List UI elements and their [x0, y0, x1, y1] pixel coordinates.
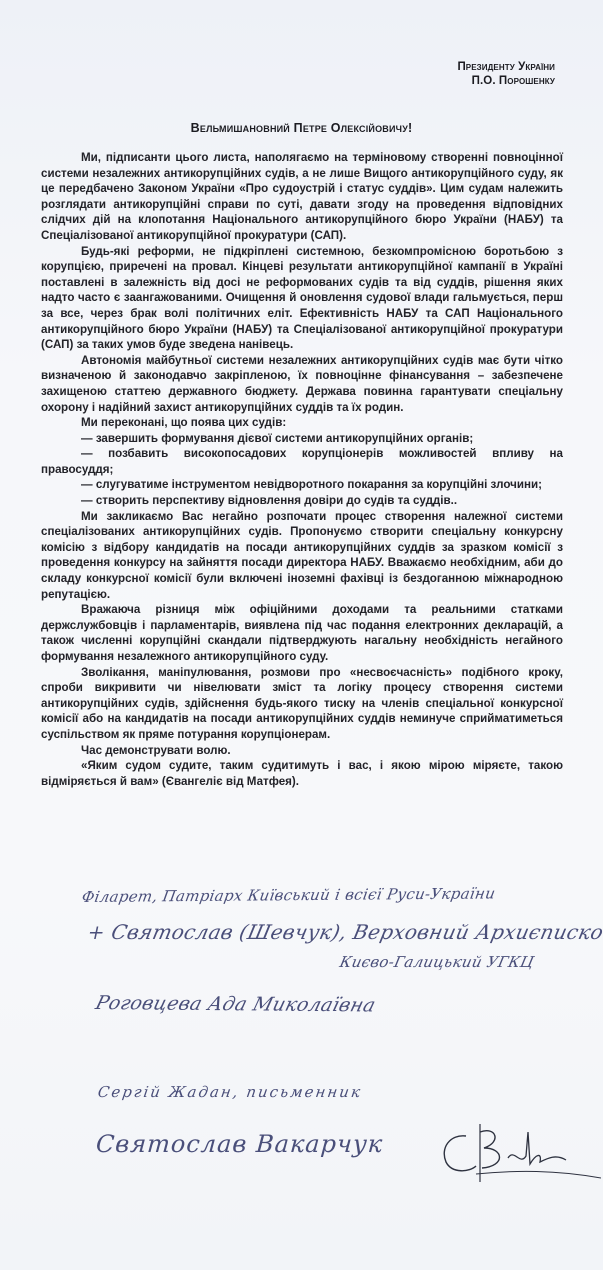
signature-shevchuk-title: Києво-Галицький УГКЦ: [338, 953, 536, 971]
paragraph-reforms: Будь-які реформи, не підкріплені системн…: [41, 244, 563, 353]
list-item: — завершить формування дієвої системи ан…: [41, 431, 563, 447]
letter-body: Ми, підписанти цього листа, наполягаємо …: [41, 150, 563, 789]
addressee-block: Президенту України П.О. Порошенку: [457, 60, 555, 88]
list-item: — позбавить високопосадових корупціонері…: [41, 446, 563, 477]
list-item: — створить перспективу відновлення довір…: [41, 493, 563, 509]
addressee-title: Президенту України: [457, 60, 555, 74]
signature-shevchuk: + Святослав (Шевчук), Верховний Архиєпис…: [85, 920, 603, 944]
signature-filaret: Філарет, Патріарх Київський і всієї Руси…: [80, 884, 496, 906]
paragraph-call: Ми закликаємо Вас негайно розпочати проц…: [41, 509, 563, 603]
signature-rogovtseva: Роговцева Ада Миколаївна: [93, 992, 378, 1016]
list-item: — слугуватиме інструментом невідворотног…: [41, 477, 563, 493]
letter-page: Президенту України П.О. Порошенку Вельми…: [0, 0, 603, 1270]
paragraph-quote: «Яким судом судите, таким судитимуть і в…: [41, 758, 563, 789]
paragraph-autonomy: Автономія майбутньої системи незалежних …: [41, 353, 563, 415]
paragraph-convinced: Ми переконані, що поява цих судів:: [41, 415, 563, 431]
signature-zhadan: Сергій Жадан, письменник: [97, 1083, 364, 1101]
paragraph-will: Час демонструвати волю.: [41, 743, 563, 759]
paragraph-declarations: Вражаюча різниця між офіційними доходами…: [41, 602, 563, 664]
paragraph-delay: Зволікання, маніпулювання, розмови про «…: [41, 665, 563, 743]
salutation: Вельмишановний Петре Олексійовичу!: [0, 121, 603, 135]
addressee-name: П.О. Порошенку: [457, 74, 555, 88]
paragraph-demand: Ми, підписанти цього листа, наполягаємо …: [41, 150, 563, 244]
signature-vakarchuk: Святослав Вакарчук: [95, 1130, 384, 1158]
vakarchuk-autograph-icon: [436, 1118, 601, 1188]
